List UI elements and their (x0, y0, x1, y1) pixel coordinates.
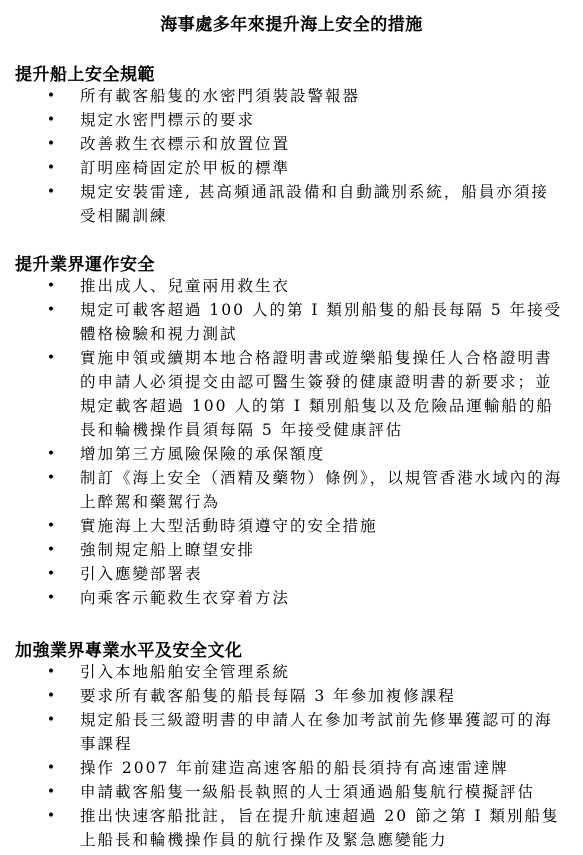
bullet-icon: • (46, 180, 56, 204)
list-item-text: 規定可載客超過 100 人的第 I 類別船隻的船長每隔 5 年接受體格檢驗和視力… (80, 298, 565, 346)
document-title: 海事處多年來提升海上安全的措施 (0, 10, 583, 35)
bullet-icon: • (46, 108, 56, 132)
list-item: •推出快速客船批註，旨在提升航速超過 20 節之第 I 類別船隻上船長和輪機操作… (0, 804, 583, 852)
list-item: •操作 2007 年前建造高速客船的船長須持有高速雷達牌 (0, 756, 583, 780)
list-item: •要求所有載客船隻的船長每隔 3 年參加複修課程 (0, 684, 583, 708)
list-item-text: 向乘客示範救生衣穿着方法 (80, 586, 565, 610)
list-item: •制訂《海上安全（酒精及藥物）條例》，以規管香港水域內的海上醉駕和藥駕行為 (0, 466, 583, 514)
list-item: •向乘客示範救生衣穿着方法 (0, 586, 583, 610)
section-heading: 提升業界運作安全 (15, 250, 155, 275)
bullet-icon: • (46, 684, 56, 708)
list-item-text: 引入應變部署表 (80, 562, 565, 586)
bullet-icon: • (46, 514, 56, 538)
list-item: •推出成人、兒童兩用救生衣 (0, 274, 583, 298)
bullet-icon: • (46, 132, 56, 156)
bullet-list: •所有載客船隻的水密門須裝設警報器 •規定水密門標示的要求 •改善救生衣標示和放… (0, 84, 583, 228)
list-item: •改善救生衣標示和放置位置 (0, 132, 583, 156)
bullet-icon: • (46, 756, 56, 780)
list-item-text: 規定安裝雷達, 甚高頻通訊設備和自動識別系統，船員亦須接受相關訓練 (80, 180, 565, 228)
section-heading: 加強業界專業水平及安全文化 (15, 636, 243, 661)
list-item: •引入應變部署表 (0, 562, 583, 586)
list-item: •訂明座椅固定於甲板的標準 (0, 156, 583, 180)
list-item: •規定可載客超過 100 人的第 I 類別船隻的船長每隔 5 年接受體格檢驗和視… (0, 298, 583, 346)
list-item: •引入本地船舶安全管理系統 (0, 660, 583, 684)
bullet-icon: • (46, 298, 56, 322)
list-item: •實施海上大型活動時須遵守的安全措施 (0, 514, 583, 538)
bullet-list: •推出成人、兒童兩用救生衣 •規定可載客超過 100 人的第 I 類別船隻的船長… (0, 274, 583, 610)
bullet-icon: • (46, 84, 56, 108)
list-item: •規定水密門標示的要求 (0, 108, 583, 132)
list-item-text: 引入本地船舶安全管理系統 (80, 660, 565, 684)
list-item-text: 規定水密門標示的要求 (80, 108, 565, 132)
list-item-text: 增加第三方風險保險的承保額度 (80, 442, 565, 466)
section-heading: 提升船上安全規範 (15, 60, 155, 85)
list-item-text: 強制規定船上瞭望安排 (80, 538, 565, 562)
list-item-text: 規定船長三級證明書的申請人在參加考試前先修畢獲認可的海事課程 (80, 708, 565, 756)
bullet-list: •引入本地船舶安全管理系統 •要求所有載客船隻的船長每隔 3 年參加複修課程 •… (0, 660, 583, 852)
list-item-text: 要求所有載客船隻的船長每隔 3 年參加複修課程 (80, 684, 565, 708)
bullet-icon: • (46, 708, 56, 732)
list-item: •申請載客船隻一級船長執照的人士須通過船隻航行模擬評估 (0, 780, 583, 804)
bullet-icon: • (46, 538, 56, 562)
bullet-icon: • (46, 586, 56, 610)
list-item: •規定船長三級證明書的申請人在參加考試前先修畢獲認可的海事課程 (0, 708, 583, 756)
bullet-icon: • (46, 156, 56, 180)
list-item: •規定安裝雷達, 甚高頻通訊設備和自動識別系統，船員亦須接受相關訓練 (0, 180, 583, 228)
list-item-text: 制訂《海上安全（酒精及藥物）條例》，以規管香港水域內的海上醉駕和藥駕行為 (80, 466, 565, 514)
list-item-text: 操作 2007 年前建造高速客船的船長須持有高速雷達牌 (80, 756, 565, 780)
list-item-text: 訂明座椅固定於甲板的標準 (80, 156, 565, 180)
bullet-icon: • (46, 466, 56, 490)
bullet-icon: • (46, 346, 56, 370)
list-item-text: 推出快速客船批註，旨在提升航速超過 20 節之第 I 類別船隻上船長和輪機操作員… (80, 804, 565, 852)
list-item: •所有載客船隻的水密門須裝設警報器 (0, 84, 583, 108)
bullet-icon: • (46, 274, 56, 298)
list-item-text: 改善救生衣標示和放置位置 (80, 132, 565, 156)
bullet-icon: • (46, 780, 56, 804)
list-item-text: 所有載客船隻的水密門須裝設警報器 (80, 84, 565, 108)
bullet-icon: • (46, 562, 56, 586)
list-item-text: 實施海上大型活動時須遵守的安全措施 (80, 514, 565, 538)
bullet-icon: • (46, 660, 56, 684)
list-item-text: 推出成人、兒童兩用救生衣 (80, 274, 565, 298)
list-item-text: 申請載客船隻一級船長執照的人士須通過船隻航行模擬評估 (80, 780, 565, 804)
list-item: •增加第三方風險保險的承保額度 (0, 442, 583, 466)
bullet-icon: • (46, 442, 56, 466)
bullet-icon: • (46, 804, 56, 828)
list-item-text: 實施申領或續期本地合格證明書或遊樂船隻操任人合格證明書的申請人必須提交由認可醫生… (80, 346, 565, 442)
list-item: •強制規定船上瞭望安排 (0, 538, 583, 562)
list-item: •實施申領或續期本地合格證明書或遊樂船隻操任人合格證明書的申請人必須提交由認可醫… (0, 346, 583, 442)
